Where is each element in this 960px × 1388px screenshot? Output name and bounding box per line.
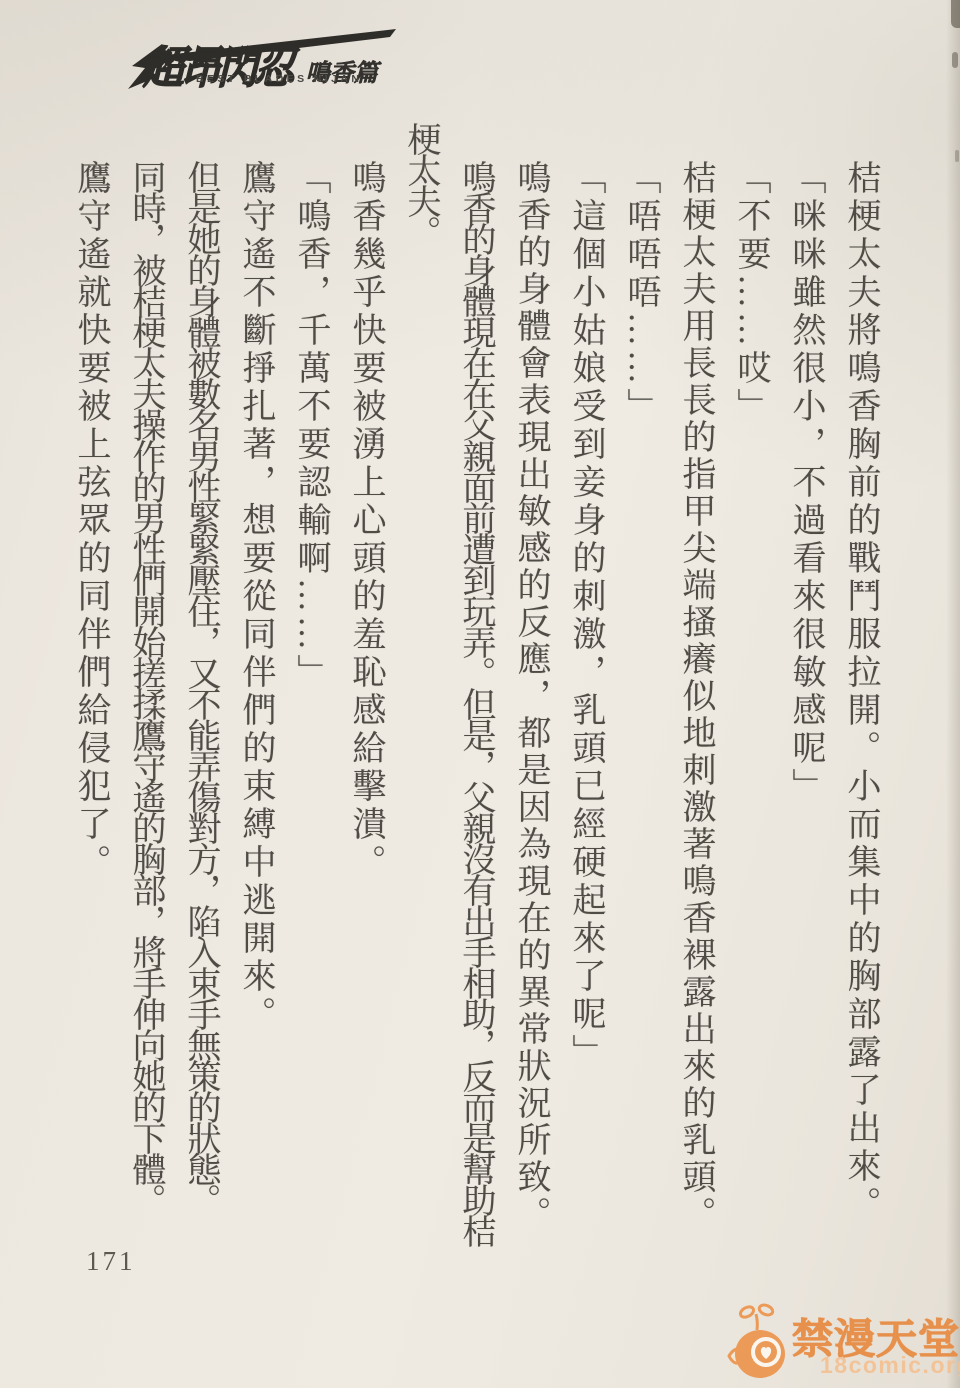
paragraph: 「唔唔唔……」 [613, 122, 668, 1248]
paragraph: 桔梗太夫將鳴香胸前的戰鬥服拉開。小而集中的胸部露了出來。 [833, 122, 888, 1248]
scanned-page: 超昂閃忍鳴香篇 BEST BLADES NIJAN 桔梗太夫將鳴香胸前的戰鬥服拉… [0, 0, 960, 1388]
paragraph: 「這個小姑娘受到妾身的刺激，乳頭已經硬起來了呢」 [558, 122, 613, 1248]
paragraph: 鳴香的身體會表現出敏感的反應，都是因為現在的異常狀況所致。 [503, 122, 558, 1248]
paragraph: 「不要……哎」 [723, 122, 778, 1248]
logo: 超昂閃忍鳴香篇 BEST BLADES NIJAN [128, 26, 408, 100]
scan-artifact [952, 52, 958, 68]
logo-text: 超昂閃忍鳴香篇 [140, 32, 390, 96]
paragraph: 桔梗太夫用長長的指甲尖端搔癢似地刺激著鳴香裸露出來的乳頭。 [668, 122, 723, 1248]
scan-edge-shading [946, 0, 960, 1388]
watermark: 禁漫天堂 18comic.org [726, 1294, 960, 1388]
paragraph: 鳴香的身體現在在父親面前遭到玩弄。但是，父親沒有出手相助，反而是幫助桔梗太夫。 [393, 122, 503, 1248]
paragraph: 鷹守遙就快要被上弦眾的同伴們給侵犯了。 [63, 122, 118, 1248]
watermark-site-url: 18comic.org [820, 1352, 960, 1379]
paragraph: 「鳴香，千萬不要認輸啊……」 [283, 122, 338, 1248]
logo-title: 超昂閃忍 [140, 32, 303, 96]
paragraph: 但是她的身體被數名男性緊緊壓住，又不能弄傷對方，陷入束手無策的狀態。 [173, 122, 228, 1248]
scan-artifact [951, 0, 960, 28]
logo-tagline: BEST BLADES NIJAN [196, 73, 362, 85]
paragraph: 鷹守遙不斷掙扎著，想要從同伴們的束縛中逃開來。 [228, 122, 283, 1248]
paragraph: 鳴香幾乎快要被湧上心頭的羞恥感給擊潰。 [338, 122, 393, 1248]
mascot-icon [726, 1300, 788, 1384]
page-number: 171 [86, 1246, 136, 1277]
novel-text-block: 桔梗太夫將鳴香胸前的戰鬥服拉開。小而集中的胸部露了出來。「咪咪雖然很小，不過看來… [63, 122, 888, 1248]
paragraph: 「咪咪雖然很小，不過看來很敏感呢」 [778, 122, 833, 1248]
scan-artifact [955, 150, 959, 162]
paragraph: 同時，被桔梗太夫操作的男性們開始搓揉鷹守遙的胸部，將手伸向她的下體。 [118, 122, 173, 1248]
